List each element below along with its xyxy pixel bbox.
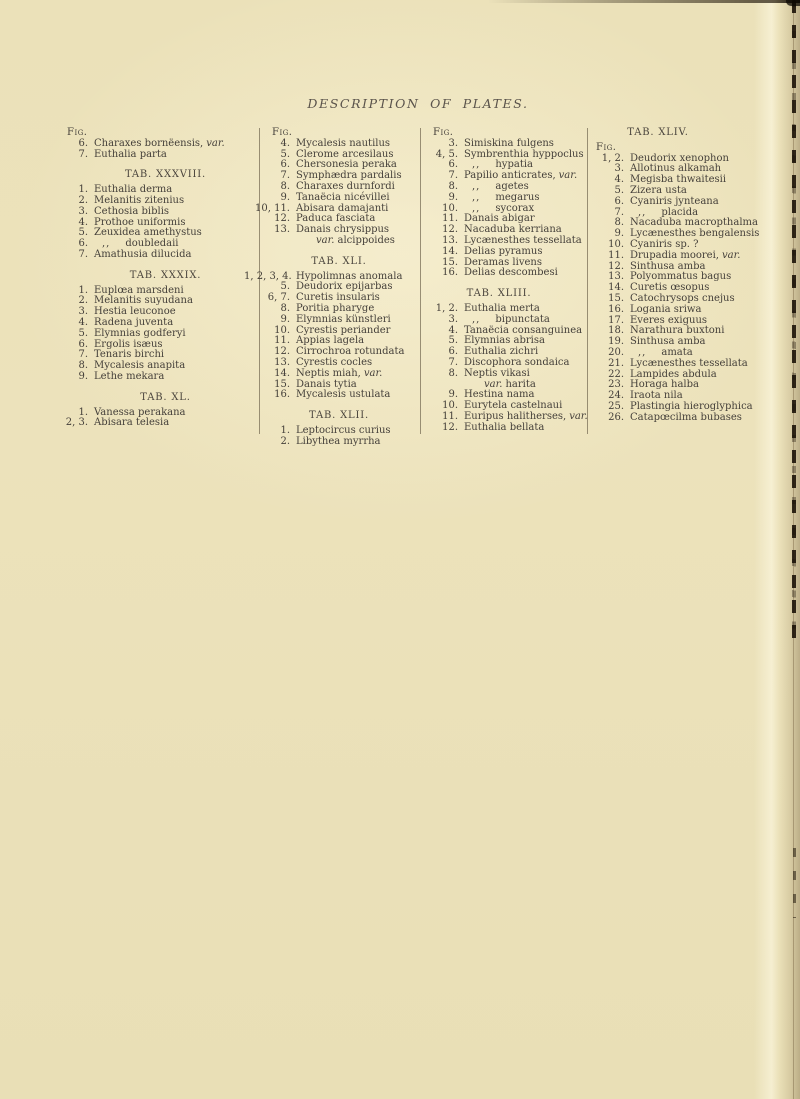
species-name-text: Nacaduba kerriana	[464, 224, 562, 235]
species-name-text: Megisba thwaitesii	[630, 174, 726, 185]
figure-number: 3.	[40, 207, 88, 218]
species-name-text: Hypolimnas anomala	[296, 271, 402, 282]
figure-row: 2.Libythea myrrha	[244, 437, 420, 448]
page-corner-mark	[786, 0, 800, 6]
species-name-text: Catochrysops cnejus	[630, 293, 735, 304]
species-name-text: Lycænesthes tessellata	[630, 358, 748, 369]
figure-number: 2.	[244, 437, 290, 448]
figure-number: 12.	[412, 423, 458, 434]
species-name-text: Deramas livens	[464, 257, 542, 268]
binding-stitch-marks-mid	[793, 848, 796, 918]
tab-section: Fig.3.Simiskina fulgens4, 5.Symbrenthia …	[412, 128, 584, 279]
figure-number: 4.	[244, 139, 290, 150]
figure-number: 13.	[244, 225, 290, 236]
plate-column-4: TAB. XLIV.Fig.1, 2.Deudorix xenophon3.Al…	[578, 128, 760, 424]
species-name-text: Sinthusa amba	[630, 261, 705, 272]
figure-row: 9.Lethe mekara	[40, 372, 259, 383]
figure-number: 7.	[40, 250, 88, 261]
var-abbreviation: var.	[722, 250, 740, 261]
figure-number: 5.	[40, 329, 88, 340]
species-name: Lethe mekara	[94, 372, 164, 383]
species-name-text: Euplœa marsdeni	[94, 285, 184, 296]
species-name-text: alcippoides	[337, 235, 394, 246]
species-name-text: Euthalia zichri	[464, 346, 538, 357]
species-name-text: Euthalia derma	[94, 184, 172, 195]
species-name-text: harita	[505, 379, 535, 390]
tab-section: Fig.6.Charaxes bornëensis,var.7.Euthalia…	[40, 128, 259, 160]
var-abbreviation: var.	[206, 138, 224, 149]
species-name-text: Amathusia dilucida	[94, 249, 191, 260]
species-name: Euthalia parta	[94, 150, 167, 161]
tab-header: TAB. XLIII.	[412, 289, 584, 300]
species-name-text: Lampides abdula	[630, 369, 717, 380]
tab-section: TAB. XL.1.Vanessa perakana2, 3.Abisara t…	[40, 393, 259, 429]
species-name: var.alcippoides	[316, 236, 395, 247]
species-name-text: Melanitis suyudana	[94, 295, 193, 306]
species-name-text: Curetis insularis	[296, 292, 380, 303]
figure-number: 6.	[578, 197, 624, 208]
plate-column-1: Fig.6.Charaxes bornëensis,var.7.Euthalia…	[40, 128, 259, 429]
figure-row: var.alcippoides	[244, 236, 420, 247]
species-name-text: Libythea myrrha	[296, 436, 381, 447]
species-name-text: Discophora sondaica	[464, 357, 569, 368]
species-name-text: Ergolis isæus	[94, 339, 163, 350]
species-name: Libythea myrrha	[296, 437, 381, 448]
tab-section: TAB. XLIV.Fig.1, 2.Deudorix xenophon3.Al…	[578, 128, 760, 424]
figure-number	[244, 236, 290, 247]
species-name-text: Logania sriwa	[630, 304, 701, 315]
species-name-text: Mycalesis nautilus	[296, 138, 390, 149]
tab-header: TAB. XLIV.	[578, 128, 760, 139]
figure-row: 16.Delias descombesi	[412, 268, 584, 279]
species-name: Abisara telesia	[94, 418, 169, 429]
species-name-text: Everes exiguus	[630, 315, 707, 326]
figure-row: 26.Catapœcilma bubases	[578, 413, 760, 424]
figure-number: 16.	[578, 305, 624, 316]
ditto-mark: ,,	[472, 193, 480, 204]
figure-number: 11.	[578, 251, 624, 262]
species-name-text: Tanaëcia consanguinea	[464, 325, 582, 336]
species-name-text: agetes	[495, 181, 528, 192]
tab-section: TAB. XXXVIII.1.Euthalia derma2.Melanitis…	[40, 170, 259, 260]
species-name-text: Zeuxidea amethystus	[94, 227, 202, 238]
species-name-text: Elymnias künstleri	[296, 314, 391, 325]
species-name-text: Neptis vikasi	[464, 368, 530, 379]
species-name-text: Symphædra pardalis	[296, 170, 402, 181]
species-name-text: Neptis miah,	[296, 368, 361, 379]
species-name-text: Leptocircus curius	[296, 425, 391, 436]
figure-row: 8.Neptis vikasi	[412, 369, 584, 380]
species-name-text: Iraota nila	[630, 390, 683, 401]
species-name-text: Tanaëcia nicévillei	[296, 192, 390, 203]
var-abbreviation: var.	[559, 170, 577, 181]
species-name-text: Clerome arcesilaus	[296, 149, 393, 160]
species-name-text: Cirrochroa rotundata	[296, 346, 404, 357]
species-name-text: Danais tytia	[296, 379, 357, 390]
species-name-text: Horaga halba	[630, 379, 699, 390]
species-name-text: Cyaniris jynteana	[630, 196, 719, 207]
figure-number: 8.	[412, 369, 458, 380]
species-name-text: Elymnias godferyi	[94, 328, 186, 339]
figure-number: 3.	[412, 139, 458, 150]
species-name-text: Eurytela castelnaui	[464, 400, 562, 411]
species-name-text: Tenaris birchi	[94, 349, 164, 360]
species-name-text: Plastingia hieroglyphica	[630, 401, 753, 412]
species-name-text: Euthalia parta	[94, 149, 167, 160]
species-name-text: Hestina nama	[464, 389, 534, 400]
var-abbreviation: var.	[316, 235, 334, 246]
figure-number: 14.	[244, 369, 290, 380]
species-name-text: Hestia leuconoe	[94, 306, 176, 317]
species-name-text: Euthalia bellata	[464, 422, 544, 433]
species-name-text: Paduca fasciata	[296, 213, 375, 224]
species-name-text: Cyaniris sp. ?	[630, 239, 698, 250]
figure-number: 9.	[244, 193, 290, 204]
species-name-text: sycorax	[495, 203, 534, 214]
species-name-text: Drupadia moorei,	[630, 250, 719, 261]
species-name-text: megarus	[495, 192, 539, 203]
tab-header: TAB. XXXIX.	[40, 271, 259, 282]
figure-number: 21.	[578, 359, 624, 370]
species-name-text: Danais abigar	[464, 213, 535, 224]
species-name-text: Poritia pharyge	[296, 303, 374, 314]
figure-number: 7.	[40, 150, 88, 161]
species-name-text: Cyrestis periander	[296, 325, 390, 336]
species-name-text: amata	[661, 347, 692, 358]
figure-number: 9.	[40, 372, 88, 383]
species-name: Mycalesis ustulata	[296, 390, 390, 401]
page-top-edge-shadow	[488, 0, 800, 3]
species-name-text: placida	[661, 207, 698, 218]
figure-number: 9.	[244, 315, 290, 326]
figure-number: 16.	[412, 268, 458, 279]
species-name-text: Curetis œsopus	[630, 282, 709, 293]
figure-row: 2, 3.Abisara telesia	[40, 418, 259, 429]
figure-number: 14.	[412, 247, 458, 258]
species-name-text: Allotinus alkamah	[630, 163, 721, 174]
species-name-text: Abisara damajanti	[296, 203, 388, 214]
species-name-text: Polyommatus bagus	[630, 271, 731, 282]
tab-section: TAB. XXXIX.1.Euplœa marsdeni2.Melanitis …	[40, 271, 259, 383]
species-name-text: Vanessa perakana	[94, 407, 186, 418]
species-name-text: Sinthusa amba	[630, 336, 705, 347]
species-name: Amathusia dilucida	[94, 250, 191, 261]
species-name-text: Melanitis zitenius	[94, 195, 184, 206]
species-name-text: Lethe mekara	[94, 371, 164, 382]
figure-number: 3.	[412, 315, 458, 326]
species-name-text: Prothoe uniformis	[94, 217, 186, 228]
species-name-text: Elymnias abrisa	[464, 335, 545, 346]
species-name-text: Delias pyramus	[464, 246, 542, 257]
species-name-text: Deudorix epijarbas	[296, 281, 392, 292]
figure-number: 6.	[40, 139, 88, 150]
tab-header: TAB. XXXVIII.	[40, 170, 259, 181]
species-name-text: Catapœcilma bubases	[630, 412, 742, 423]
species-name-text: Simiskina fulgens	[464, 138, 554, 149]
species-name-text: Mycalesis ustulata	[296, 389, 390, 400]
species-name-text: Symbrenthia hyppoclus	[464, 149, 584, 160]
species-name-text: Radena juventa	[94, 317, 173, 328]
species-name-text: Delias descombesi	[464, 267, 558, 278]
species-name-text: Papilio anticrates,	[464, 170, 556, 181]
page-title: DESCRIPTION OF PLATES.	[18, 96, 800, 111]
figure-row: 12.Euthalia bellata	[412, 423, 584, 434]
var-abbreviation: var.	[364, 368, 382, 379]
figure-number: 2, 3.	[40, 418, 88, 429]
species-name: Delias descombesi	[464, 268, 558, 279]
plate-column-2: Fig.4.Mycalesis nautilus5.Clerome arcesi…	[244, 128, 420, 448]
species-name-text: Nacaduba macropthalma	[630, 217, 758, 228]
species-name-text: Abisara telesia	[94, 417, 169, 428]
species-name-text: Charaxes durnfordi	[296, 181, 395, 192]
tab-header: TAB. XLII.	[244, 411, 420, 422]
species-name-text: Cethosia biblis	[94, 206, 169, 217]
plate-column-3: Fig.3.Simiskina fulgens4, 5.Symbrenthia …	[412, 128, 584, 434]
species-name-text: hypatia	[495, 159, 533, 170]
figure-row: 16.Mycalesis ustulata	[244, 390, 420, 401]
tab-section: TAB. XLI.1, 2, 3, 4.Hypolimnas anomala5.…	[244, 257, 420, 401]
species-name-text: Cyrestis cocles	[296, 357, 372, 368]
tab-section: Fig.4.Mycalesis nautilus5.Clerome arcesi…	[244, 128, 420, 247]
tab-header: TAB. XL.	[40, 393, 259, 404]
tab-header: TAB. XLI.	[244, 257, 420, 268]
species-name-text: bipunctata	[495, 314, 549, 325]
species-name-text: Narathura buxtoni	[630, 325, 724, 336]
figure-row: 7.Amathusia dilucida	[40, 250, 259, 261]
species-name-text: doubledaii	[125, 238, 178, 249]
figure-number: 9.	[412, 193, 458, 204]
species-name-text: Deudorix xenophon	[630, 153, 729, 164]
tab-section: TAB. XLII.1.Leptocircus curius2.Libythea…	[244, 411, 420, 447]
species-name: Euthalia bellata	[464, 423, 544, 434]
species-name-text: Mycalesis anapita	[94, 360, 185, 371]
figure-number: 26.	[578, 413, 624, 424]
species-name: Catapœcilma bubases	[630, 413, 742, 424]
species-name-text: Zizera usta	[630, 185, 687, 196]
species-name-text: Charaxes bornëensis,	[94, 138, 203, 149]
species-name-text: Lycænesthes bengalensis	[630, 228, 759, 239]
species-name-text: Euripus halitherses,	[464, 411, 566, 422]
species-name-text: Danais chrysippus	[296, 224, 389, 235]
species-name-text: Chersonesia peraka	[296, 159, 397, 170]
figure-number: 16.	[244, 390, 290, 401]
species-name-text: Euthalia merta	[464, 303, 540, 314]
tab-section: TAB. XLIII.1, 2.Euthalia merta3.,,bipunc…	[412, 289, 584, 433]
species-name-text: Lycænesthes tessellata	[464, 235, 582, 246]
figure-row: 7.Euthalia parta	[40, 150, 259, 161]
var-abbreviation: var.	[484, 379, 502, 390]
species-name-text: Appias lagela	[296, 335, 364, 346]
